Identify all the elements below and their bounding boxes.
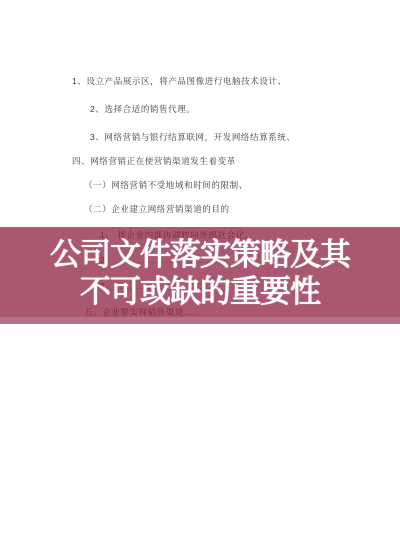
document-page: 1、设立产品展示区，将产品图像进行电脑技术设计、2、选择合适的销售代理。3、网络… (0, 0, 400, 554)
title-banner: 公司文件落实策略及其 不可或缺的重要性 (0, 227, 400, 324)
document-line: （一）网络营销不受地域和时间的限制、 (84, 180, 248, 191)
document-line: 2、选择合适的销售代理。 (90, 104, 195, 115)
document-line: 四、网络营销正在使营销渠道发生着变革 (72, 156, 236, 167)
document-line: 1、设立产品展示区，将产品图像进行电脑技术设计、 (72, 76, 287, 87)
document-line: 3、网络营销与银行结算联网，开发网络结算系统、 (90, 132, 296, 143)
banner-title-line1: 公司文件落实策略及其 (0, 236, 400, 273)
banner-title-line2: 不可或缺的重要性 (0, 273, 400, 310)
banner-title: 公司文件落实策略及其 不可或缺的重要性 (0, 236, 400, 310)
document-line: （二）企业建立网络营销渠道的目的 (84, 204, 230, 215)
